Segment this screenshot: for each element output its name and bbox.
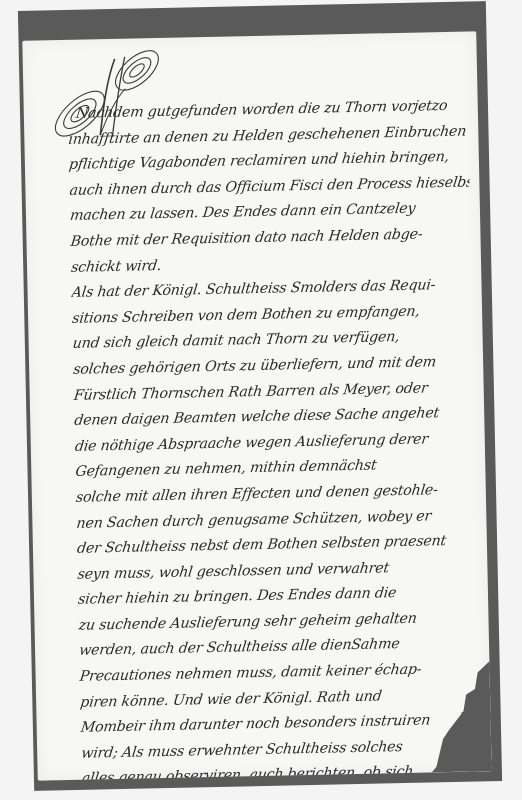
manuscript-page: Nachdem gutgefunden worden die zu Thorn … [22, 31, 491, 780]
scanned-document: Nachdem gutgefunden worden die zu Thorn … [0, 0, 522, 800]
manuscript-text: Nachdem gutgefunden worden die zu Thorn … [68, 94, 482, 781]
